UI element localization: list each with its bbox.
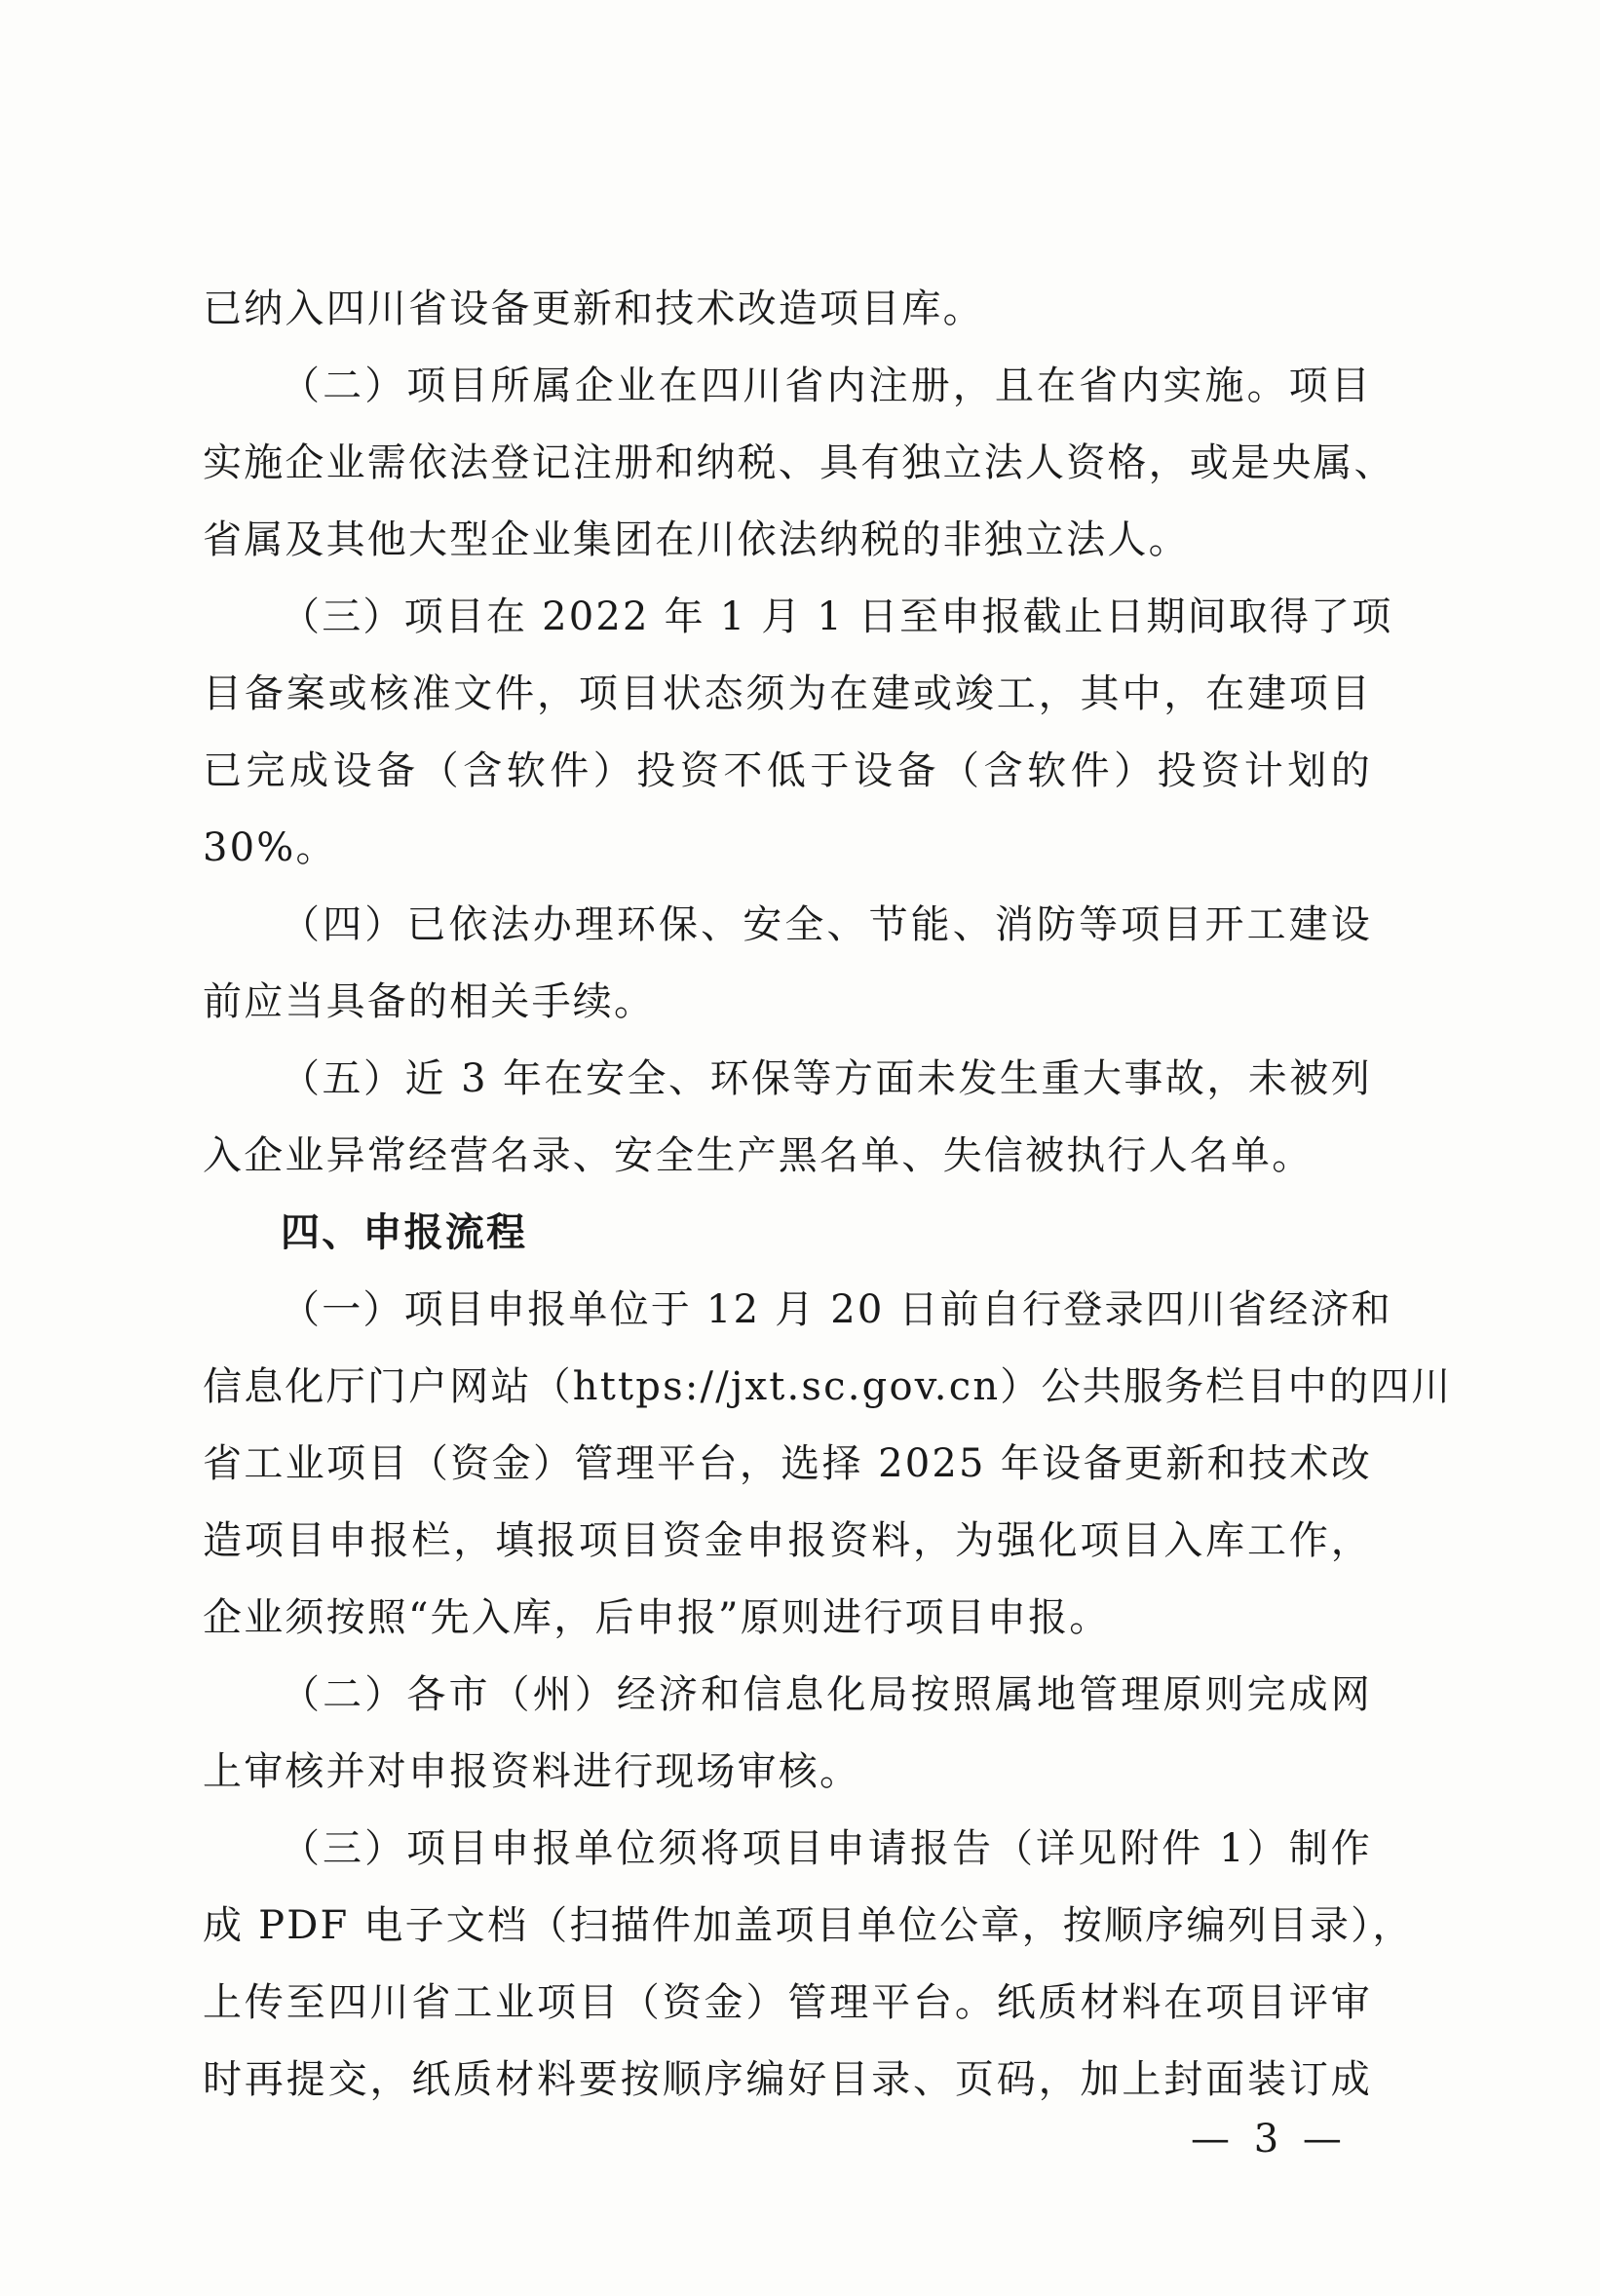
text-line: 目备案或核准文件，项目状态须为在建或竣工，其中，在建项目 [203, 656, 1372, 733]
text-line: 30%。 [203, 810, 1372, 887]
text-line: （一）项目申报单位于 12 月 20 日前自行登录四川省经济和 [203, 1272, 1372, 1349]
text-line: 时再提交，纸质材料要按顺序编好目录、页码，加上封面装订成 [203, 2042, 1372, 2119]
text-line: （四）已依法办理环保、安全、节能、消防等项目开工建设 [203, 887, 1372, 964]
text-line: （二）各市（州）经济和信息化局按照属地管理原则完成网 [203, 1657, 1372, 1734]
body-text: 已纳入四川省设备更新和技术改造项目库。 （二）项目所属企业在四川省内注册，且在省… [203, 271, 1372, 2119]
text-line: （三）项目在 2022 年 1 月 1 日至申报截止日期间取得了项 [203, 579, 1372, 656]
document-page: 已纳入四川省设备更新和技术改造项目库。 （二）项目所属企业在四川省内注册，且在省… [0, 0, 1600, 2296]
text-line: 实施企业需依法登记注册和纳税、具有独立法人资格，或是央属、 [203, 425, 1372, 502]
text-line: 成 PDF 电子文档（扫描件加盖项目单位公章，按顺序编列目录）， [203, 1888, 1372, 1965]
text-line: 入企业异常经营名录、安全生产黑名单、失信被执行人名单。 [203, 1118, 1372, 1195]
text-line: （二）项目所属企业在四川省内注册，且在省内实施。项目 [203, 348, 1372, 425]
text-line: 造项目申报栏，填报项目资金申报资料，为强化项目入库工作， [203, 1503, 1372, 1580]
page-number: — 3 — [1191, 2115, 1348, 2163]
text-line: 已完成设备（含软件）投资不低于设备（含软件）投资计划的 [203, 733, 1372, 810]
section-heading: 四、申报流程 [203, 1195, 1372, 1272]
text-line: 省属及其他大型企业集团在川依法纳税的非独立法人。 [203, 502, 1372, 579]
text-line: 上审核并对申报资料进行现场审核。 [203, 1734, 1372, 1811]
text-line: （五）近 3 年在安全、环保等方面未发生重大事故，未被列 [203, 1041, 1372, 1118]
text-line: 省工业项目（资金）管理平台，选择 2025 年设备更新和技术改 [203, 1426, 1372, 1503]
text-line: 上传至四川省工业项目（资金）管理平台。纸质材料在项目评审 [203, 1965, 1372, 2042]
text-line: 信息化厅门户网站（https://jxt.sc.gov.cn）公共服务栏目中的四… [203, 1349, 1372, 1426]
text-line: （三）项目申报单位须将项目申请报告（详见附件 1）制作 [203, 1811, 1372, 1888]
text-line: 已纳入四川省设备更新和技术改造项目库。 [203, 271, 1372, 348]
text-line: 企业须按照“先入库，后申报”原则进行项目申报。 [203, 1580, 1372, 1657]
text-line: 前应当具备的相关手续。 [203, 964, 1372, 1041]
